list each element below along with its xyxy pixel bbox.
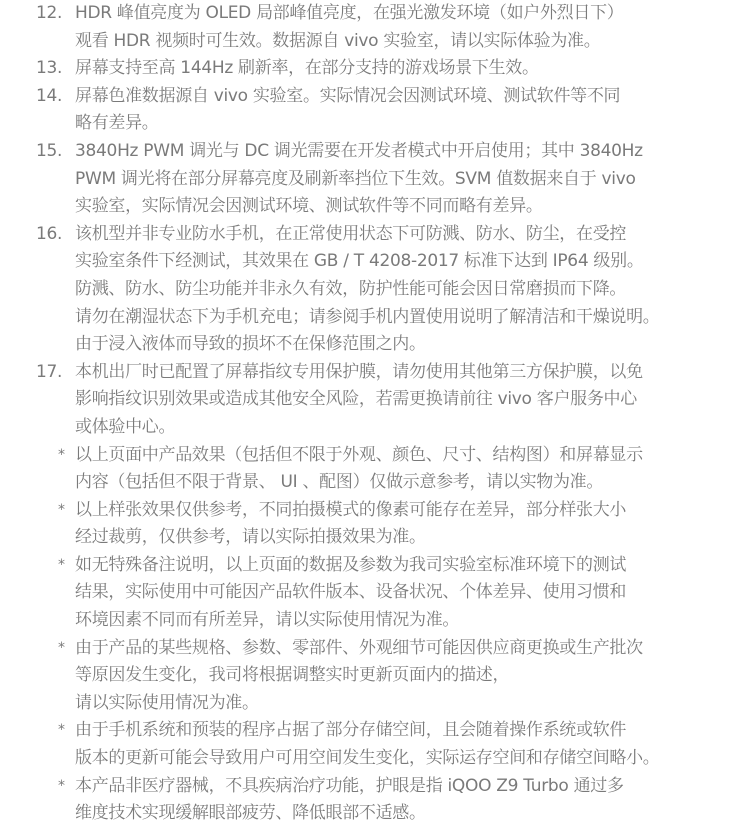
note-text-line: 环境因素不同而有所差异，请以实际使用情况为准。 — [75, 607, 730, 635]
note-text-line: 或体验中心。 — [75, 414, 730, 442]
asterisk-marker: * — [58, 717, 72, 745]
note-text-line: 等原因发生变化，我司将根据调整实时更新页面内的描述， — [75, 662, 730, 690]
note-text-line: 该机型并非专业防水手机，在正常使用状态下可防溅、防水、防尘，在受控 — [75, 221, 730, 249]
note-text-line: 略有差异。 — [75, 110, 730, 138]
note-text-line: 实验室条件下经测试，其效果在 GB / T 4208-2017 标准下达到 IP… — [75, 248, 730, 276]
note-text-line: 屏幕支持至高 144Hz 刷新率，在部分支持的游戏场景下生效。 — [75, 55, 730, 83]
numbered-note: 13.屏幕支持至高 144Hz 刷新率，在部分支持的游戏场景下生效。 — [0, 55, 750, 83]
note-text-line: 观看 HDR 视频时可生效。数据源自 vivo 实验室，请以实际体验为准。 — [75, 28, 730, 56]
note-text-line: 实验室，实际情况会因测试环境、测试软件等不同而略有差异。 — [75, 193, 730, 221]
asterisk-note: *本产品非医疗器械，不具疾病治疗功能，护眼是指 iQOO Z9 Turbo 通过… — [0, 773, 750, 828]
note-text-line: 由于手机系统和预装的程序占据了部分存储空间，且会随着操作系统或软件 — [75, 717, 730, 745]
note-text-line: 3840Hz PWM 调光与 DC 调光需要在开发者模式中开启使用；其中 384… — [75, 138, 730, 166]
numbered-note: 14.屏幕色准数据源自 vivo 实验室。实际情况会因测试环境、测试软件等不同略… — [0, 83, 750, 138]
note-number: 16. — [36, 221, 72, 249]
disclaimer-notes: 12.HDR 峰值亮度为 OLED 局部峰值亮度，在强光激发环境（如户外烈日下）… — [0, 0, 750, 828]
note-text-line: 本机出厂时已配置了屏幕指纹专用保护膜，请勿使用其他第三方保护膜，以免 — [75, 359, 730, 387]
note-number: 12. — [36, 0, 72, 28]
note-text-line: 请以实际使用情况为准。 — [75, 690, 730, 718]
asterisk-note: *以上样张效果仅供参考，不同拍摄模式的像素可能存在差异，部分样张大小经过裁剪，仅… — [0, 497, 750, 552]
note-text-line: HDR 峰值亮度为 OLED 局部峰值亮度，在强光激发环境（如户外烈日下） — [75, 0, 730, 28]
note-text-line: 版本的更新可能会导致用户可用空间发生变化，实际运存空间和存储空间略小。 — [75, 745, 730, 773]
asterisk-note: *由于产品的某些规格、参数、零部件、外观细节可能因供应商更换或生产批次等原因发生… — [0, 635, 750, 718]
note-text-line: 影响指纹识别效果或造成其他安全风险，若需更换请前往 vivo 客户服务中心 — [75, 386, 730, 414]
note-text-line: 请勿在潮湿状态下为手机充电；请参阅手机内置使用说明了解清洁和干燥说明。 — [75, 304, 730, 332]
note-text-line: 结果，实际使用中可能因产品软件版本、设备状况、个体差异、使用习惯和 — [75, 579, 730, 607]
note-number: 17. — [36, 359, 72, 387]
asterisk-marker: * — [58, 442, 72, 470]
note-text-line: 防溅、防水、防尘功能并非永久有效，防护性能可能会因日常磨损而下降。 — [75, 276, 730, 304]
numbered-note: 12.HDR 峰值亮度为 OLED 局部峰值亮度，在强光激发环境（如户外烈日下）… — [0, 0, 750, 55]
note-number: 14. — [36, 83, 72, 111]
note-text-line: PWM 调光将在部分屏幕亮度及刷新率挡位下生效。SVM 值数据来自于 vivo — [75, 166, 730, 194]
note-text-line: 由于产品的某些规格、参数、零部件、外观细节可能因供应商更换或生产批次 — [75, 635, 730, 663]
asterisk-note: *由于手机系统和预装的程序占据了部分存储空间，且会随着操作系统或软件版本的更新可… — [0, 717, 750, 772]
note-text-line: 本产品非医疗器械，不具疾病治疗功能，护眼是指 iQOO Z9 Turbo 通过多 — [75, 773, 730, 801]
asterisk-marker: * — [58, 497, 72, 525]
numbered-note: 17.本机出厂时已配置了屏幕指纹专用保护膜，请勿使用其他第三方保护膜，以免影响指… — [0, 359, 750, 442]
note-text-line: 以上样张效果仅供参考，不同拍摄模式的像素可能存在差异，部分样张大小 — [75, 497, 730, 525]
asterisk-marker: * — [58, 773, 72, 801]
note-text-line: 内容（包括但不限于背景、 UI 、配图）仅做示意参考，请以实物为准。 — [75, 469, 730, 497]
note-text-line: 如无特殊备注说明，以上页面的数据及参数为我司实验室标准环境下的测试 — [75, 552, 730, 580]
note-text-line: 由于浸入液体而导致的损坏不在保修范围之内。 — [75, 331, 730, 359]
note-number: 15. — [36, 138, 72, 166]
note-text-line: 屏幕色准数据源自 vivo 实验室。实际情况会因测试环境、测试软件等不同 — [75, 83, 730, 111]
note-number: 13. — [36, 55, 72, 83]
note-text-line: 经过裁剪，仅供参考，请以实际拍摄效果为准。 — [75, 524, 730, 552]
asterisk-note: *以上页面中产品效果（包括但不限于外观、颜色、尺寸、结构图）和屏幕显示内容（包括… — [0, 442, 750, 497]
numbered-note: 15.3840Hz PWM 调光与 DC 调光需要在开发者模式中开启使用；其中 … — [0, 138, 750, 221]
note-text-line: 维度技术实现缓解眼部疲劳、降低眼部不适感。 — [75, 800, 730, 828]
note-text-line: 以上页面中产品效果（包括但不限于外观、颜色、尺寸、结构图）和屏幕显示 — [75, 442, 730, 470]
asterisk-marker: * — [58, 552, 72, 580]
asterisk-marker: * — [58, 635, 72, 663]
numbered-note: 16.该机型并非专业防水手机，在正常使用状态下可防溅、防水、防尘，在受控实验室条… — [0, 221, 750, 359]
asterisk-note: *如无特殊备注说明，以上页面的数据及参数为我司实验室标准环境下的测试结果，实际使… — [0, 552, 750, 635]
